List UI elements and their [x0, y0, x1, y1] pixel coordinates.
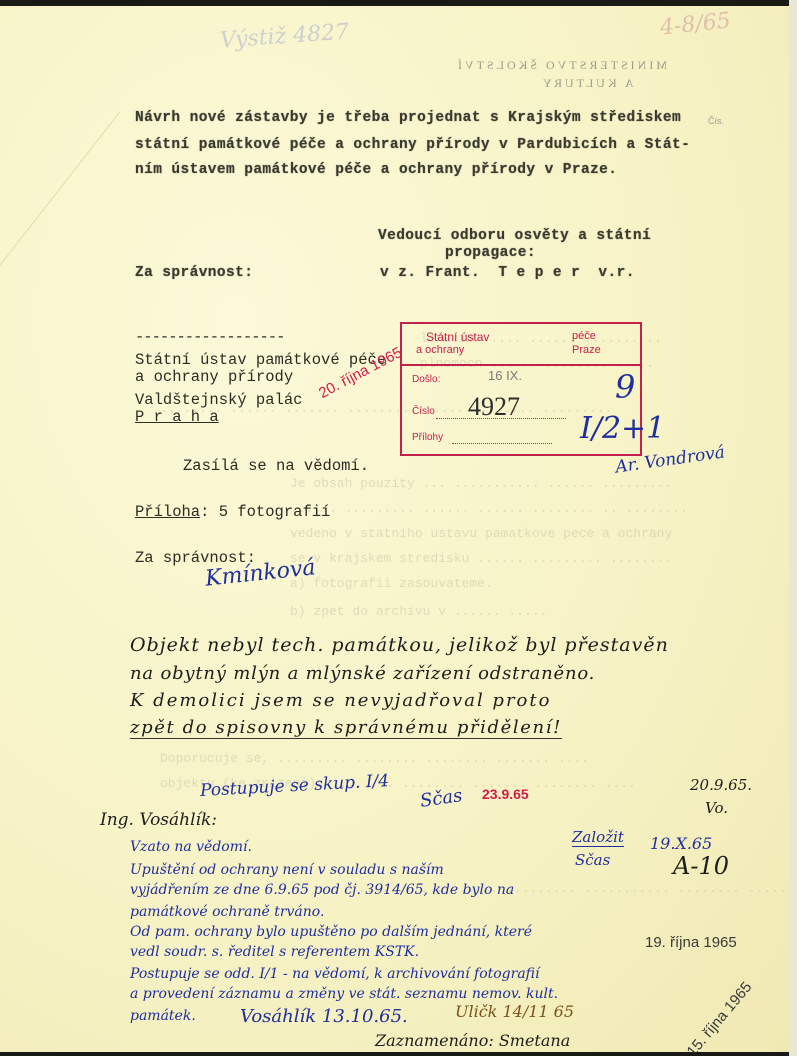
date-stamp-19: 19. října 1965	[645, 934, 737, 951]
lower-note-line-2: Upuštění od ochrany není v souladu s naš…	[130, 862, 444, 878]
lower-signature: Vosáhlík 13.10.65.	[240, 1006, 408, 1027]
received-date: 16 IX.	[488, 368, 522, 383]
brown-note: Uličk 14/11 65	[455, 1002, 574, 1021]
paragraph-line-1: Návrh nové zástavby je třeba projednat s…	[135, 110, 681, 126]
page-edge	[789, 0, 797, 1056]
signatory-name: v z. Frant. T e p e r v.r.	[380, 265, 635, 281]
document-page: Výstiž 4827 4-8/65 MINISTERSTVO ŠKOLSTVÍ…	[0, 6, 790, 1052]
archive-code: A-10	[673, 852, 729, 880]
recipient-city: P r a h a	[135, 408, 219, 426]
notice-text: Zasílá se na vědomí.	[183, 457, 369, 475]
registration-number: 4927	[468, 392, 520, 422]
margin-number-9: 9	[615, 368, 635, 406]
date-note-initials: Vo.	[705, 799, 728, 817]
lower-note-line-9: památek.	[130, 1008, 196, 1024]
zalozit-label: Založit	[572, 828, 624, 847]
zalozit-date: 19.X.65	[650, 834, 712, 853]
letterhead-bleedthrough-line1: MINISTERSTVO ŠKOLSTVÍ	[455, 58, 667, 73]
initials-mid: Sčas	[419, 785, 464, 812]
small-date-stamp: 23.9.65	[482, 786, 529, 802]
faint-red-reference: 4-8/65	[659, 8, 732, 40]
separator-line: ------------------	[135, 328, 284, 346]
date-note: 20.9.65.	[690, 776, 752, 794]
lower-note-line-8: a provedení záznamu a změny ve stát. sez…	[130, 986, 558, 1002]
lower-note-line-7: Postupuje se odd. I/1 - na vědomí, k arc…	[130, 966, 540, 982]
recipient-line-3: Valdštejnský palác	[135, 391, 302, 409]
attachment-value: : 5 fotografií	[200, 503, 330, 521]
faint-pencil-note: Výstiž 4827	[219, 20, 350, 54]
addressee: Ing. Vosáhlík:	[100, 810, 217, 830]
lower-note-line-4: památkové ochraně trváno.	[130, 904, 324, 920]
lower-note-line-1: Vzato na vědomí.	[130, 839, 252, 855]
cis-label: Čís.	[708, 116, 724, 126]
signatory-title-line1: Vedoucí odboru osvěty a státní	[378, 228, 651, 244]
signatory-title-line2: propagace:	[445, 245, 536, 261]
zalozit-initials: Sčas	[575, 851, 610, 869]
za-spravnost-label-1: Za správnost:	[135, 265, 253, 281]
attachment-label: Příloha	[135, 503, 200, 521]
attachment-line: Příloha: 5 fotografií	[135, 503, 330, 521]
paragraph-line-2: státní památkové péče a ochrany přírody …	[135, 137, 690, 153]
paragraph-line-3: ním ústavem památkové péče a ochrany pří…	[135, 162, 617, 178]
recipient-line-1: Státní ústav památkové péče	[135, 351, 386, 369]
lower-note-line-5: Od pam. ochrany bylo upuštěno po dalším …	[130, 924, 532, 940]
recipient-line-2: a ochrany přírody	[135, 368, 293, 386]
paper-fold-crease	[0, 111, 120, 316]
letterhead-bleedthrough-line2: A KULTURY	[540, 76, 634, 91]
handwritten-line-1: Objekt nebyl tech. památkou, jelikož byl…	[130, 634, 669, 656]
date-stamp-15: 15. října 1965	[683, 979, 755, 1052]
handwritten-line-2: na obytný mlýn a mlýnské zařízení odstra…	[130, 663, 595, 684]
margin-ref: I/2+1	[580, 411, 665, 446]
handwritten-line-4: zpět do spisovny k správnému přidělení!	[130, 717, 562, 739]
handwritten-line-3: K demolici jsem se nevyjadřoval proto	[130, 690, 551, 711]
final-note: Zaznamenáno: Smetana	[375, 1031, 570, 1050]
lower-note-line-6: vedl soudr. s. ředitel s referentem KSTK…	[130, 944, 419, 960]
lower-note-line-3: vyjádřením ze dne 6.9.65 pod čj. 3914/65…	[130, 882, 514, 898]
